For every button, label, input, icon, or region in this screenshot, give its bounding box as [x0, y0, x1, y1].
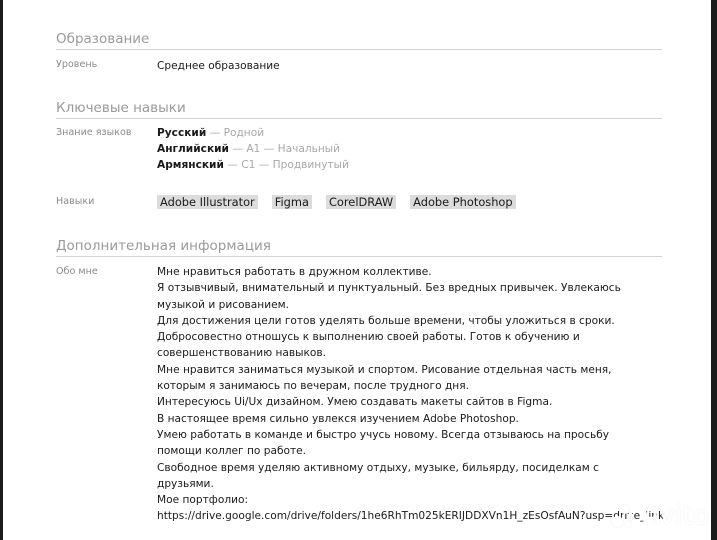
skills-tags: Adobe Illustrator Figma CorelDRAW Adobe …	[157, 195, 516, 209]
education-level-label: Уровень	[56, 57, 157, 74]
about-line: Добросовестно отношусь к выполнению свое…	[157, 329, 647, 362]
language-name: Армянский	[157, 159, 224, 171]
languages-label: Знание языков	[56, 125, 157, 173]
language-item: Армянский — C1 — Продвинутый	[157, 157, 349, 173]
about-row: Обо мне Мне нравиться работать в дружном…	[56, 264, 662, 525]
education-section: Образование Уровень Среднее образование	[56, 31, 662, 74]
about-line: Мне нравится заниматься музыкой и спорто…	[157, 362, 647, 395]
about-line: Интересуюсь Ui/Ux дизайном. Умею создава…	[157, 394, 647, 410]
education-title: Образование	[56, 31, 662, 50]
language-name: Русский	[157, 127, 206, 139]
avito-wordmark: Avito	[642, 500, 709, 531]
skill-tag: CorelDRAW	[326, 195, 396, 209]
about-line: В настоящее время сильно увлекся изучени…	[157, 411, 647, 427]
language-name: Английский	[157, 143, 229, 155]
about-line: Для достижения цели готов уделять больше…	[157, 313, 647, 329]
left-edge-border	[0, 0, 3, 540]
additional-section: Дополнительная информация Обо мне Мне нр…	[56, 238, 662, 525]
language-item: Английский — A1 — Начальный	[157, 141, 349, 157]
about-text: Мне нравиться работать в дружном коллект…	[157, 264, 647, 525]
about-line: Мое портфолио:	[157, 492, 647, 508]
language-level: — C1 — Продвинутый	[224, 159, 349, 171]
skill-tag: Figma	[272, 195, 312, 209]
skill-tag: Adobe Photoshop	[410, 195, 516, 209]
skills-section: Ключевые навыки Знание языков Русский — …	[56, 100, 662, 210]
about-line: Мне нравиться работать в дружном коллект…	[157, 264, 647, 280]
avito-logo-icon	[610, 502, 638, 530]
avito-watermark: Avito	[610, 500, 709, 531]
language-level: — Родной	[206, 127, 264, 139]
portfolio-link[interactable]: https://drive.google.com/drive/folders/1…	[157, 508, 647, 524]
about-line: Я отзывчивый, внимательный и пунктуальны…	[157, 280, 647, 313]
about-line: Умею работать в команде и быстро учусь н…	[157, 427, 647, 460]
additional-title: Дополнительная информация	[56, 238, 662, 257]
language-level: — A1 — Начальный	[229, 143, 340, 155]
right-edge-border	[711, 0, 717, 540]
education-level-row: Уровень Среднее образование	[56, 57, 662, 74]
about-label: Обо мне	[56, 264, 157, 525]
languages-list: Русский — Родной Английский — A1 — Начал…	[157, 125, 349, 173]
skills-row: Навыки Adobe Illustrator Figma CorelDRAW…	[56, 194, 662, 210]
skills-label: Навыки	[56, 194, 157, 210]
language-item: Русский — Родной	[157, 125, 349, 141]
about-line: Свободное время уделяю активному отдыху,…	[157, 460, 647, 493]
skill-tag: Adobe Illustrator	[157, 195, 258, 209]
education-level-value: Среднее образование	[157, 58, 280, 74]
skills-title: Ключевые навыки	[56, 100, 662, 119]
languages-row: Знание языков Русский — Родной Английски…	[56, 125, 662, 173]
